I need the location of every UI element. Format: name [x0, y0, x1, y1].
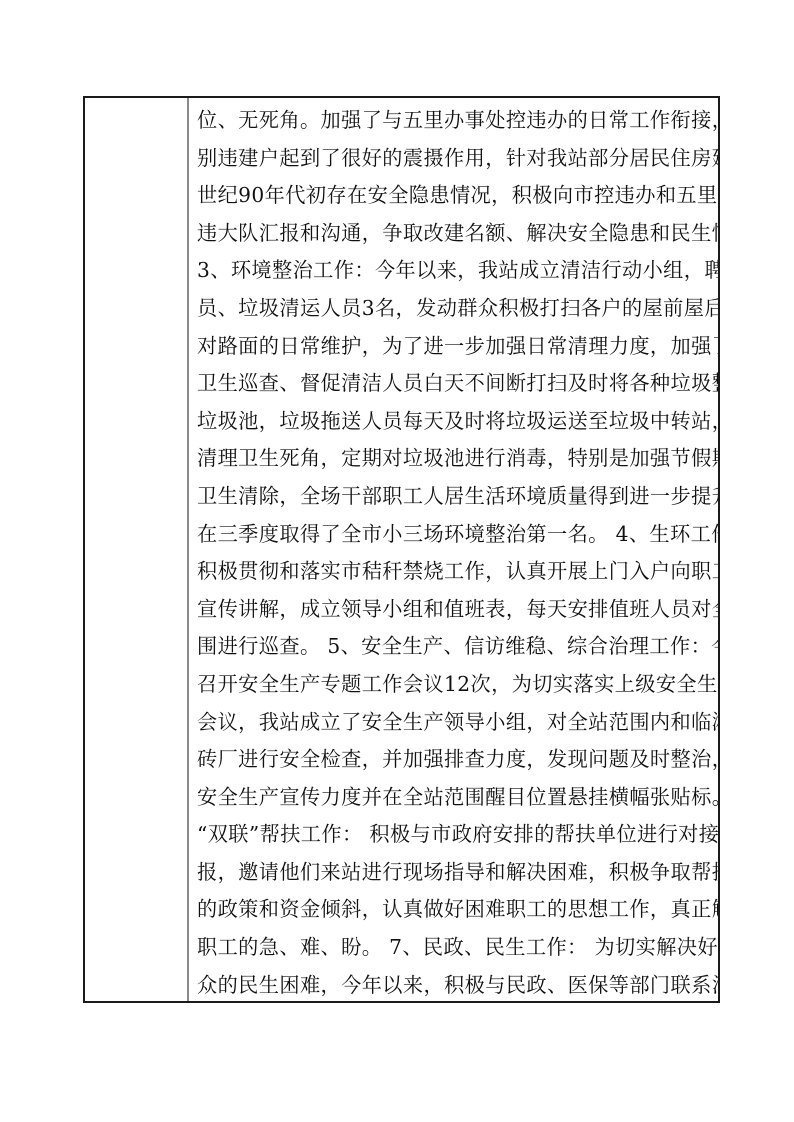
- text-line: 召开安全生产专题工作会议12次，为切实落实上级安全生产工作: [197, 666, 712, 704]
- text-line: 积极贯彻和落实市秸秆禁烧工作，认真开展上门入户向职工群众: [197, 553, 712, 591]
- text-line: 违大队汇报和沟通，争取改建名额、解决安全隐患和民生情况。: [197, 215, 712, 253]
- text-line: “双联”帮扶工作： 积极与市政府安排的帮扶单位进行对接汇: [197, 816, 712, 854]
- text-line: 卫生巡查、督促清洁人员白天不间断打扫及时将各种垃圾整理进: [197, 365, 712, 403]
- document-table: 位、无死角。加强了与五里办事处控违办的日常工作衔接，对个 别违建户起到了很好的震…: [83, 96, 720, 1003]
- table-label-cell: [85, 98, 189, 1001]
- text-line: 报，邀请他们来站进行现场指导和解决困难，积极争取帮扶单位: [197, 854, 712, 892]
- text-line: 宣传讲解，成立领导小组和值班表，每天安排值班人员对全站范: [197, 591, 712, 629]
- text-line: 别违建户起到了很好的震摄作用，针对我站部分居民住房建于上: [197, 140, 712, 178]
- text-line: 围进行巡查。 5、安全生产、信访维稳、综合治理工作：今年来: [197, 628, 712, 666]
- text-line: 砖厂进行安全检查，并加强排查力度，发现问题及时整治，加强: [197, 741, 712, 779]
- text-line: 清理卫生死角，定期对垃圾池进行消毒，特别是加强节假期间的: [197, 440, 712, 478]
- table-content-cell: 位、无死角。加强了与五里办事处控违办的日常工作衔接，对个 别违建户起到了很好的震…: [189, 98, 718, 1001]
- text-line: 3、环境整治工作：今年以来，我站成立清洁行动小组，聘用保洁: [197, 252, 712, 290]
- text-line: 垃圾池，垃圾拖送人员每天及时将垃圾运送至垃圾中转站，彻底: [197, 403, 712, 441]
- text-line: 安全生产宣传力度并在全站范围醒目位置悬挂横幅张贴标。 6、: [197, 779, 712, 817]
- text-line: 会议，我站成立了安全生产领导小组，对全站范围内和临湘如泰: [197, 704, 712, 742]
- text-line: 职工的急、难、盼。 7、民政、民生工作： 为切实解决好全站群: [197, 929, 712, 967]
- text-line: 在三季度取得了全市小三场环境整治第一名。 4、生环工作： 为: [197, 516, 712, 554]
- text-line: 员、垃圾清运人员3名，发动群众积极打扫各户的屋前屋后，加强: [197, 290, 712, 328]
- text-line: 众的民生困难，今年以来，积极与民政、医保等部门联系汇报，: [197, 967, 712, 1001]
- text-line: 世纪90年代初存在安全隐患情况，积极向市控违办和五里街道控: [197, 177, 712, 215]
- text-line: 的政策和资金倾斜，认真做好困难职工的思想工作，真正解决好: [197, 891, 712, 929]
- text-line: 卫生清除，全场干部职工人居生活环境质量得到进一步提升，并: [197, 478, 712, 516]
- text-line: 位、无死角。加强了与五里办事处控违办的日常工作衔接，对个: [197, 102, 712, 140]
- text-line: 对路面的日常维护，为了进一步加强日常清理力度，加强了路面: [197, 328, 712, 366]
